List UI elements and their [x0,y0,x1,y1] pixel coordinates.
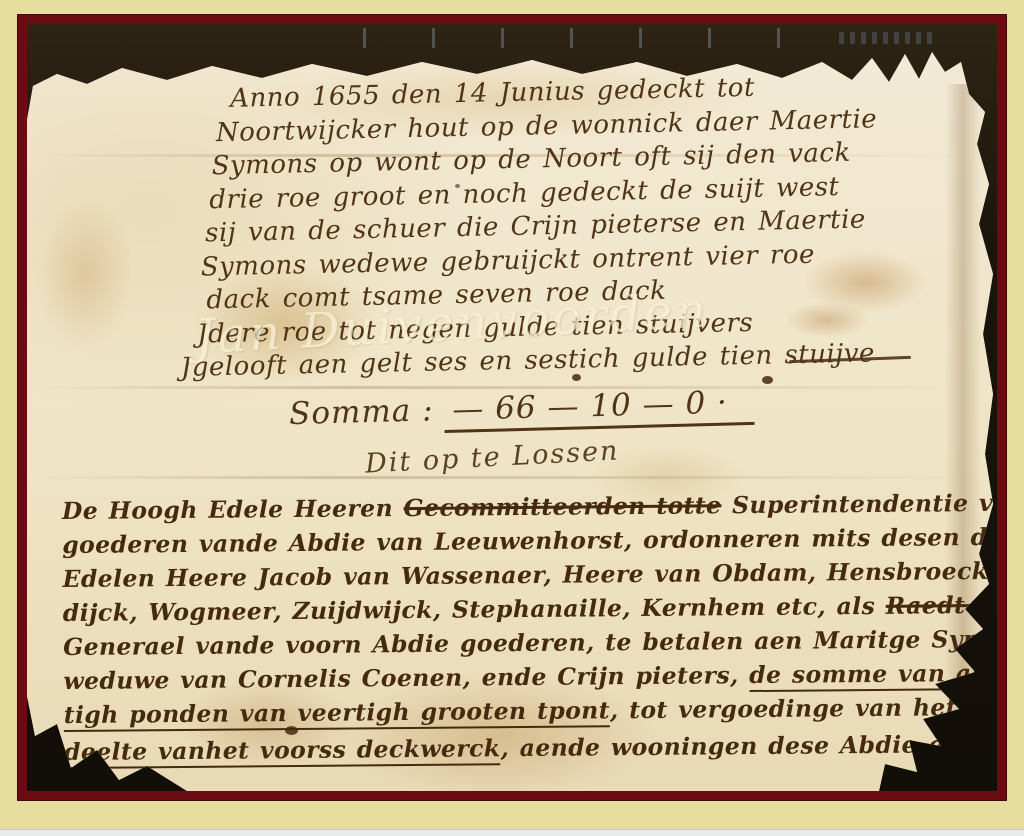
manuscript-segment: , tot vergoedinge van het meeren- [610,692,1006,724]
paper-crease [37,476,967,479]
manuscript-segment-strike: Gecommitteerden totte [403,491,721,522]
somma-amount: — 66 — 10 — 0 · [444,384,755,433]
ink-blot [285,726,298,735]
paragraph-first: Anno 1655 den 14 Junius gedeckt totNoort… [174,68,940,385]
manuscript-paper: Anno 1655 den 14 Junius gedeckt totNoort… [27,24,997,791]
ink-blot [572,374,581,381]
manuscript-segment-strike: Raedt ende Pennmr [886,589,1006,619]
paragraph-second: De Hoogh Edele Heeren Gecommitteerden to… [62,486,990,769]
manuscript-segment-underline: de somme van achtenveer- [749,658,1006,692]
paper-crease [37,386,967,389]
manuscript-segment: Edelen Heere Jacob van Wassenaer, Heere … [62,556,1006,593]
binding-stitch-marks-right [839,32,935,44]
manuscript-segment: dijck, Wogmeer, Zuijdwijck, Stephanaille… [63,592,886,627]
manuscript-segment: goederen vande Abdie van Leeuwenhorst, o… [62,522,1006,559]
manuscript-segment-underline: tigh ponden van veertigh grooten tpont [64,696,610,732]
manuscript-photo: Anno 1655 den 14 Junius gedeckt totNoort… [27,24,997,791]
photo-frame: Anno 1655 den 14 Junius gedeckt totNoort… [18,15,1006,800]
bottom-strip [0,829,1024,836]
manuscript-segment-underline: deelte vanhet voorss deckwerck [64,734,501,769]
manuscript-line: tigh ponden van veertigh grooten tpont, … [64,690,990,732]
manuscript-segment: weduwe van Cornelis Coenen, ende Crijn p… [63,661,749,695]
somma-line: Somma : — 66 — 10 — 0 · [289,384,755,432]
binding-stitch-marks [297,28,817,48]
note-line: Dit op te Lossen [364,435,620,479]
manuscript-segment: De Hoogh Edele Heeren [62,494,404,525]
manuscript-line: deelte vanhet voorss deckwerck, aende wo… [64,727,990,769]
manuscript-segment: , aende wooningen dese Abdie gelegen :· [500,729,1006,762]
manuscript-segment: Generael vande voorn Abdie goederen, te … [63,624,1006,661]
somma-label: Somma : [289,392,434,432]
ink-blot [455,184,460,188]
ink-blot [762,376,773,384]
page: { "colors": { "matte": "#e7dd9f", "frame… [0,0,1024,836]
manuscript-segment: Superintendentie vande — [721,488,1006,519]
